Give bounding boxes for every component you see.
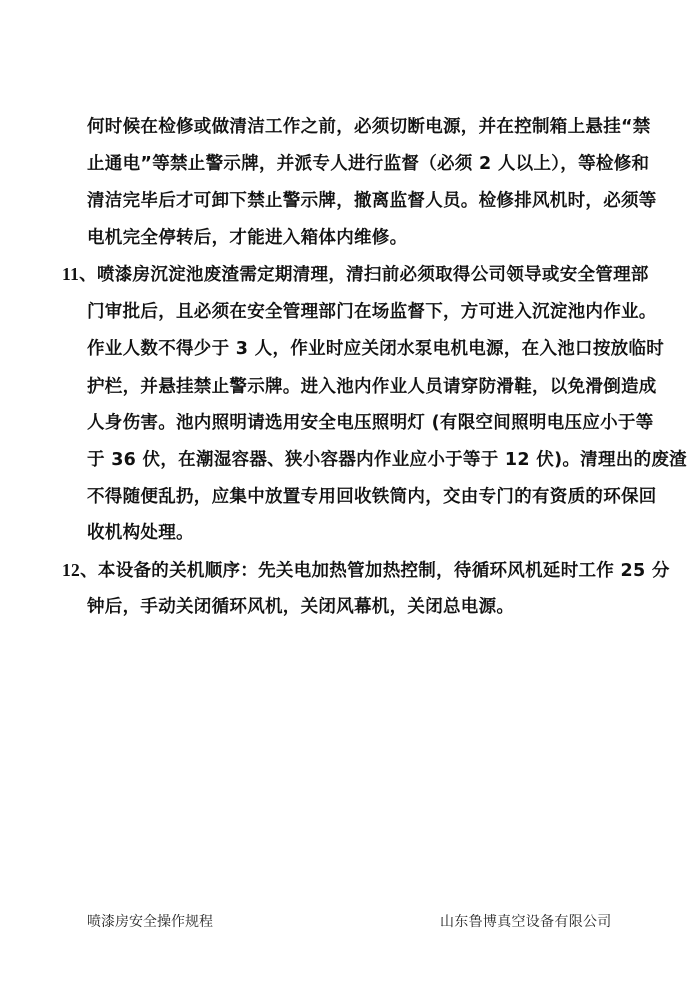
- paragraph-line: 电机完全停转后，才能进入箱体内维修。: [87, 226, 617, 250]
- footer-document-title: 喷漆房安全操作规程: [87, 912, 213, 932]
- list-item-line: 作业人数不得少于 3 人，作业时应关闭水泵电机电源，在入池口按放临时: [87, 337, 617, 361]
- list-item-11-first-line: 11、喷漆房沉淀池废渣需定期清理，清扫前必须取得公司领导或安全管理部: [62, 262, 592, 286]
- document-page: 何时候在检修或做清洁工作之前，必须切断电源，并在控制箱上悬挂“禁 止通电”等禁止…: [0, 0, 700, 990]
- list-item-line: 于 36 伏，在潮湿容器、狭小容器内作业应小于等于 12 伏)。清理出的废渣: [87, 448, 617, 472]
- list-item-text: 本设备的关机顺序：先关电加热管加热控制，待循环风机延时工作 25 分: [98, 561, 670, 581]
- list-item-line: 人身伤害。池内照明请选用安全电压照明灯 (有限空间照明电压应小于等: [87, 411, 617, 435]
- list-number: 12、: [62, 560, 98, 580]
- list-item-line: 护栏，并悬挂禁止警示牌。进入池内作业人员请穿防滑鞋，以免滑倒造成: [87, 375, 617, 399]
- list-item-12-first-line: 12、本设备的关机顺序：先关电加热管加热控制，待循环风机延时工作 25 分: [62, 558, 592, 582]
- list-item-line: 收机构处理。: [87, 521, 617, 545]
- list-number: 11、: [62, 264, 97, 284]
- list-item-line: 门审批后，且必须在安全管理部门在场监督下，方可进入沉淀池内作业。: [87, 300, 617, 324]
- list-item-line: 不得随便乱扔，应集中放置专用回收铁筒内，交由专门的有资质的环保回: [87, 485, 617, 509]
- list-item-text: 喷漆房沉淀池废渣需定期清理，清扫前必须取得公司领导或安全管理部: [97, 265, 649, 285]
- list-item-line: 钟后，手动关闭循环风机，关闭风幕机，关闭总电源。: [87, 595, 617, 619]
- footer-company-name: 山东鲁博真空设备有限公司: [440, 912, 612, 932]
- paragraph-line: 清洁完毕后才可卸下禁止警示牌，撤离监督人员。检修排风机时，必须等: [87, 189, 617, 213]
- paragraph-line: 止通电”等禁止警示牌，并派专人进行监督（必须 2 人以上），等检修和: [87, 152, 617, 176]
- paragraph-line: 何时候在检修或做清洁工作之前，必须切断电源，并在控制箱上悬挂“禁: [87, 115, 617, 139]
